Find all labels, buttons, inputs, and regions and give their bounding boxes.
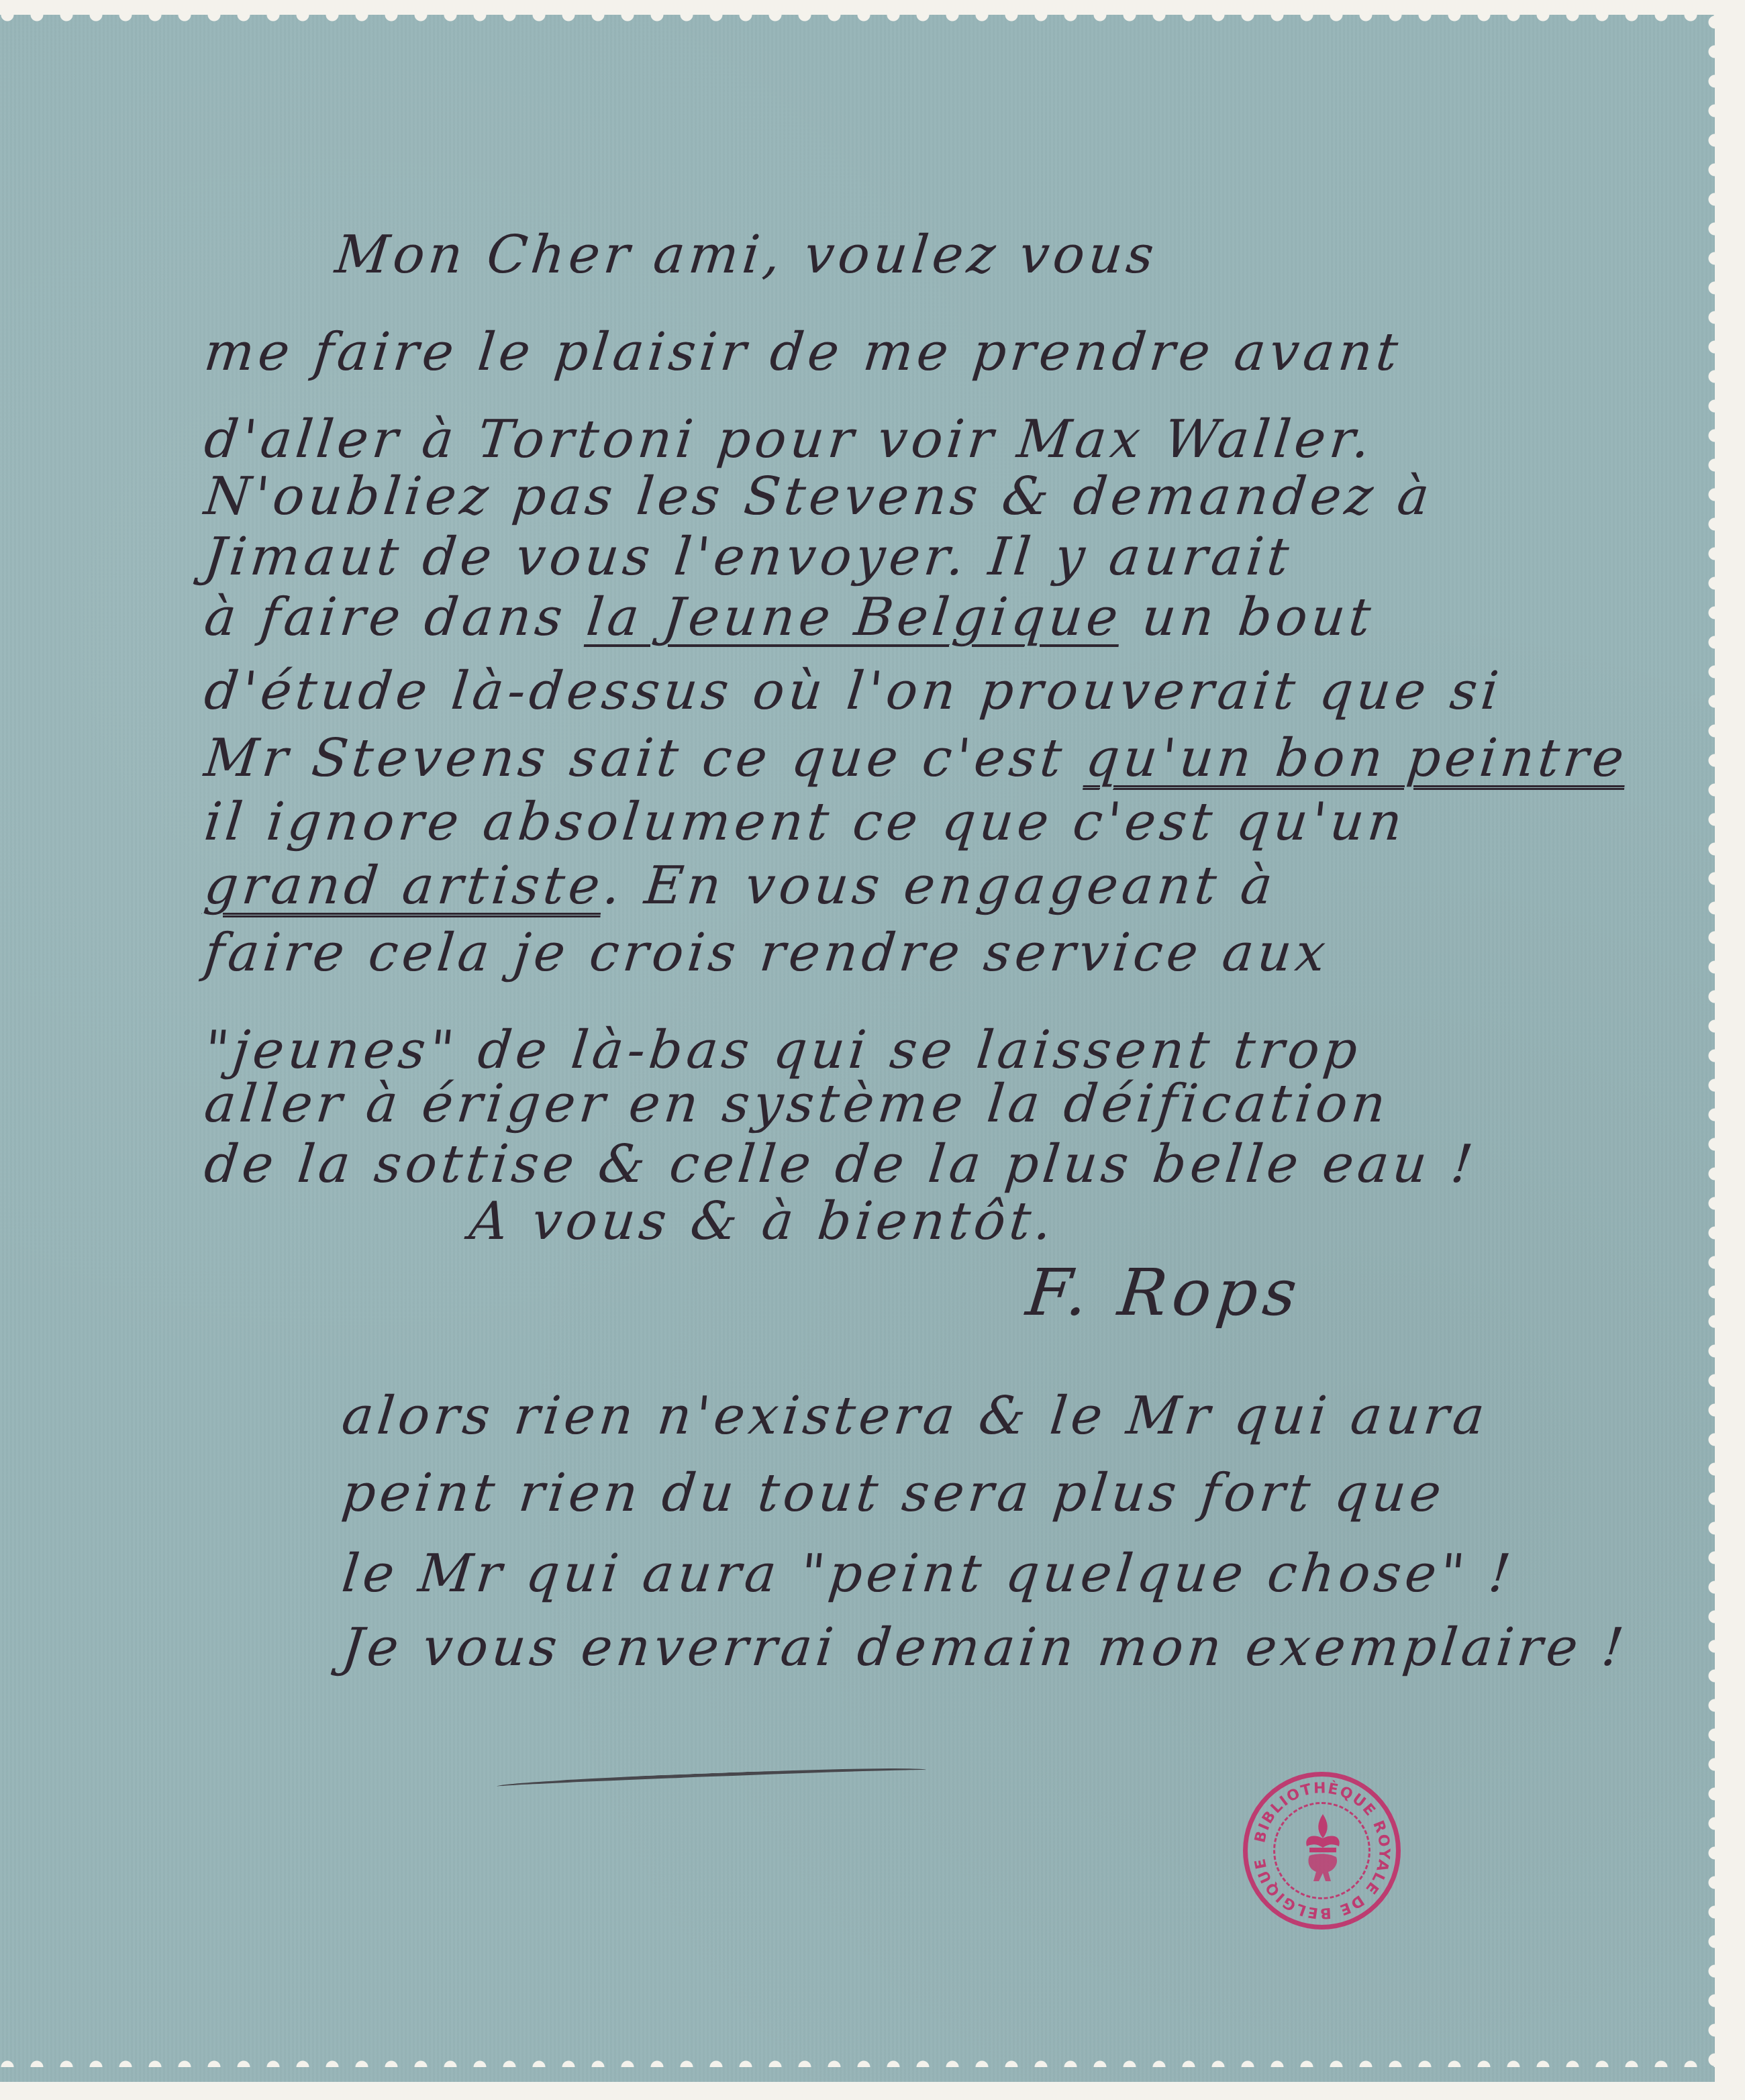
letter-line-8: Mr Stevens sait ce que c'est qu'un bon p… bbox=[201, 728, 1630, 789]
letter-line-10-suffix: . En vous engageant à bbox=[601, 856, 1279, 916]
closing-line: A vous & à bientôt. bbox=[466, 1191, 1058, 1252]
letter-line-7: d'étude là-dessus où l'on prouverait que… bbox=[201, 661, 1505, 721]
underlined-journal-title: la Jeune Belgique bbox=[584, 587, 1125, 648]
underlined-good-painter: qu'un bon peintre bbox=[1083, 728, 1630, 789]
perforated-top-edge bbox=[0, 15, 1715, 30]
letter-line-13: aller à ériger en système la déification bbox=[201, 1074, 1392, 1134]
perforated-bottom-edge bbox=[0, 2052, 1715, 2067]
letter-line-14: de la sottise & celle de la plus belle e… bbox=[201, 1134, 1479, 1195]
letter-line-10: grand artiste. En vous engageant à bbox=[201, 856, 1279, 916]
letter-line-6-suffix: un bout bbox=[1118, 587, 1377, 648]
perforated-right-edge bbox=[1700, 15, 1715, 2082]
signature: F. Rops bbox=[1023, 1255, 1305, 1330]
library-stamp: BIBLIOTHÈQUE ROYALE DE BELGIQUE bbox=[1243, 1772, 1401, 1930]
postscript-line-4: Je vous enverrai demain mon exemplaire ! bbox=[339, 1617, 1630, 1678]
letter-line-4: N'oubliez pas les Stevens & demandez à bbox=[201, 466, 1436, 527]
fleur-de-lis-lion-icon bbox=[1289, 1809, 1356, 1889]
letter-line-8-prefix: Mr Stevens sait ce que c'est bbox=[201, 728, 1089, 789]
postscript-line-1: alors rien n'existera & le Mr qui aura bbox=[339, 1386, 1491, 1446]
postscript-line-3: le Mr qui aura "peint quelque chose" ! bbox=[339, 1544, 1517, 1604]
underlined-great-artist: grand artiste bbox=[201, 856, 607, 916]
letter-line-6: à faire dans la Jeune Belgique un bout bbox=[201, 587, 1377, 648]
letter-line-2: me faire le plaisir de me prendre avant bbox=[201, 322, 1404, 383]
letter-line-3: d'aller à Tortoni pour voir Max Waller. bbox=[201, 409, 1377, 470]
letter-line-12: "jeunes" de là-bas qui se laissent trop bbox=[201, 1020, 1364, 1081]
letter-line-11: faire cela je crois rendre service aux bbox=[201, 923, 1332, 983]
letter-line-9: il ignore absolument ce que c'est qu'un bbox=[201, 792, 1409, 852]
letter-line-1: Mon Cher ami, voulez vous bbox=[332, 225, 1160, 285]
letter-line-6-prefix: à faire dans bbox=[201, 587, 590, 648]
letter-line-5: Jimaut de vous l'envoyer. Il y aurait bbox=[201, 527, 1295, 587]
postscript-line-2: peint rien du tout sera plus fort que bbox=[339, 1463, 1448, 1523]
